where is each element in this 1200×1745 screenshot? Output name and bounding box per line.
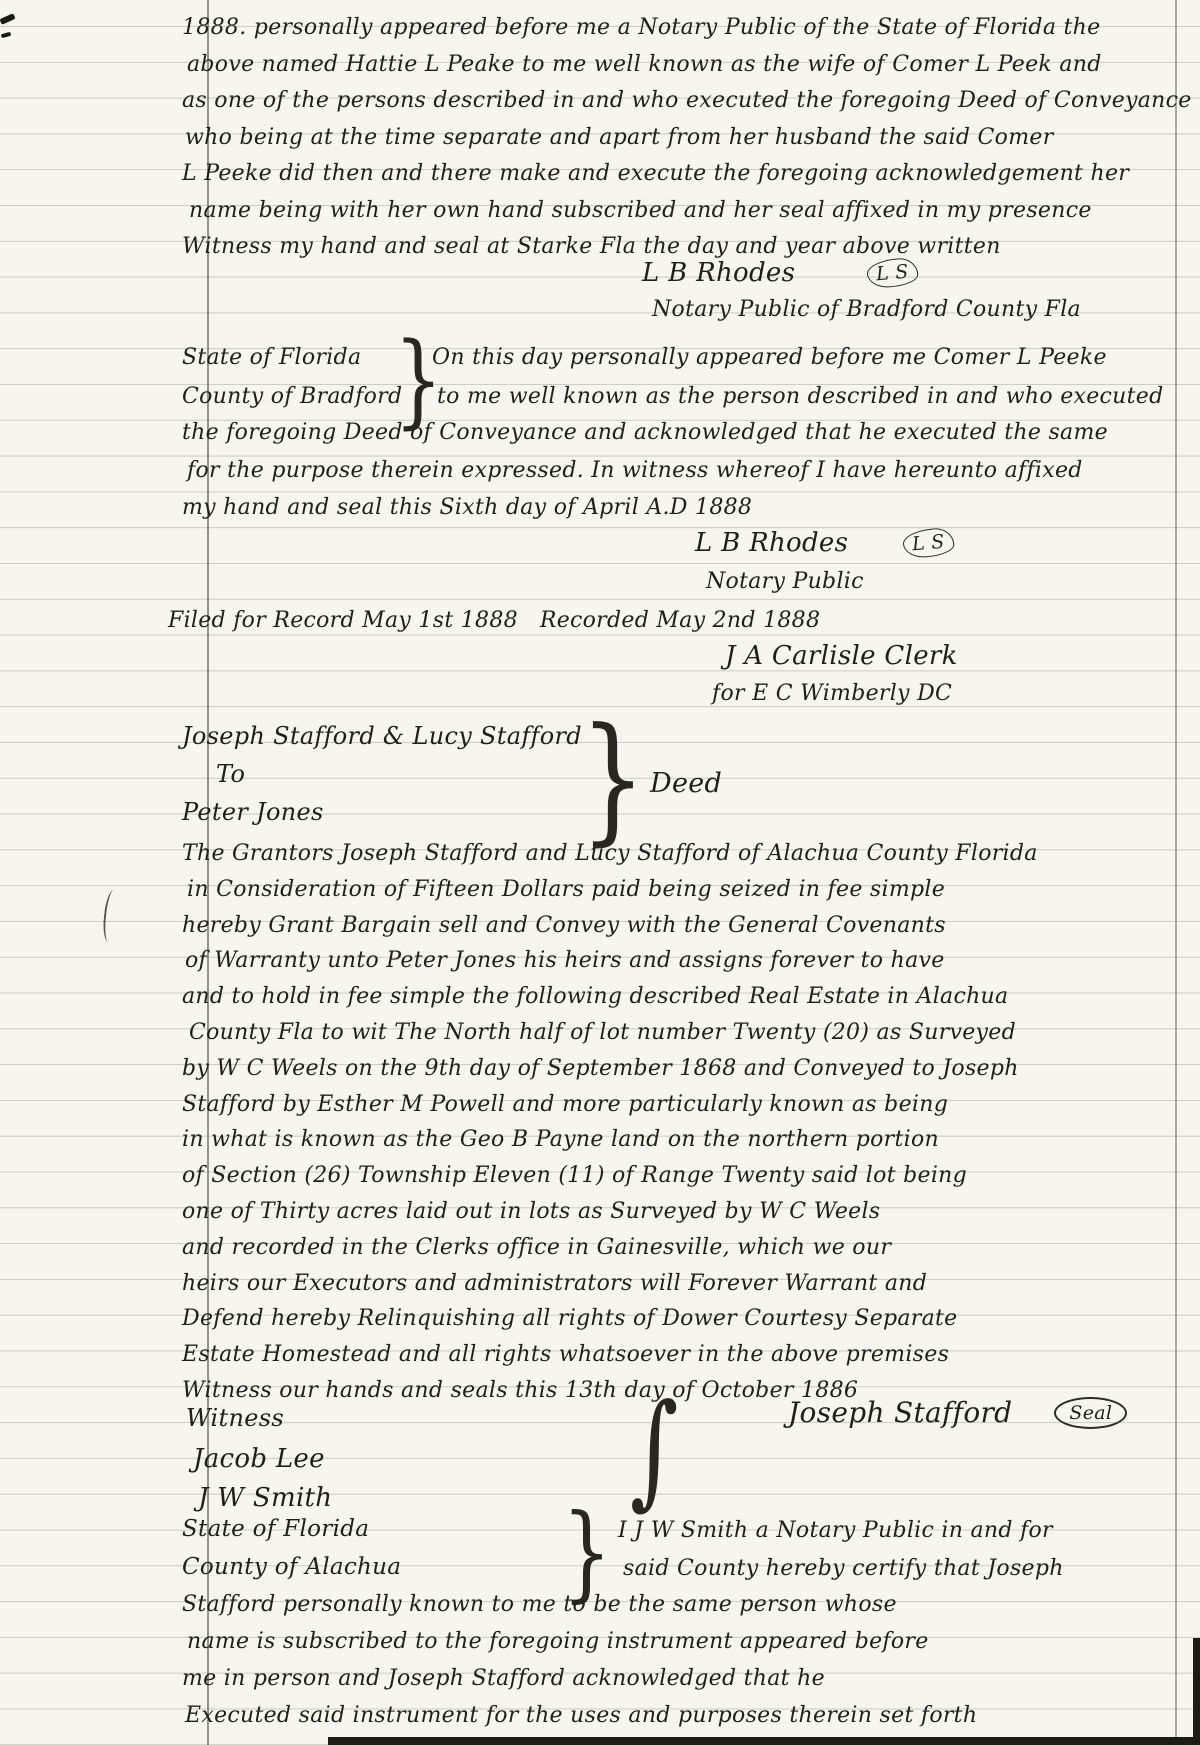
stray-pen-mark <box>101 889 120 942</box>
notary-signature-row: L B Rhodes L S <box>695 528 954 558</box>
venue-state: State of Florida <box>182 1510 401 1548</box>
text-line: who being at the time separate and apart… <box>185 120 1192 157</box>
text-line: 1888. personally appeared before me a No… <box>182 10 1192 47</box>
text-line: and recorded in the Clerks office in Gai… <box>182 1230 1038 1266</box>
acknowledgment-joseph-text: Stafford personally known to me to be th… <box>182 1586 977 1734</box>
filing-record-line: Filed for Record May 1st 1888 Recorded M… <box>168 608 820 633</box>
deputy-clerk-line: for E C Wimberly DC <box>712 681 952 706</box>
text-line: me in person and Joseph Stafford acknowl… <box>182 1660 977 1697</box>
page-edge-shadow-bottom <box>328 1737 1200 1745</box>
witness-brace: ∫ <box>630 1388 678 1512</box>
text-line: the foregoing Deed of Conveyance and ack… <box>182 414 1108 452</box>
text-line: I J W Smith a Notary Public in and for <box>618 1512 1064 1550</box>
witness-names: Jacob LeeJ W Smith <box>193 1440 332 1517</box>
text-line: in what is known as the Geo B Payne land… <box>182 1122 1038 1158</box>
witness-heading: Witness <box>186 1404 284 1432</box>
text-line: heirs our Executors and administrators w… <box>182 1266 1038 1302</box>
page-edge-shadow-right <box>1193 1638 1200 1745</box>
text-line: The Grantors Joseph Stafford and Lucy St… <box>182 836 1038 872</box>
witness-signature: Jacob Lee <box>193 1440 332 1479</box>
text-line: Defend hereby Relinquishing all rights o… <box>182 1301 1038 1337</box>
binding-mark <box>1 32 12 38</box>
text-line: said County hereby certify that Joseph <box>623 1550 1064 1588</box>
text-line: in Consideration of Fifteen Dollars paid… <box>187 872 1038 908</box>
deed-body-text: The Grantors Joseph Stafford and Lucy St… <box>182 836 1038 1409</box>
deed-to-label: To <box>216 760 245 788</box>
text-line: L Peeke did then and there make and exec… <box>182 156 1192 193</box>
deed-party-grantee: Peter Jones <box>182 798 324 826</box>
text-line: name is subscribed to the foregoing inst… <box>187 1623 977 1660</box>
notary-seal-ls: L S <box>902 527 955 559</box>
acknowledgment-joseph-side-text: I J W Smith a Notary Public in and forsa… <box>618 1512 1064 1588</box>
notary-title: Notary Public <box>706 569 864 594</box>
text-line: above named Hattie L Peake to me well kn… <box>187 47 1192 84</box>
text-line: hereby Grant Bargain sell and Convey wit… <box>182 908 1038 944</box>
text-line: Stafford by Esther M Powell and more par… <box>182 1087 1038 1123</box>
text-line: by W C Weels on the 9th day of September… <box>182 1051 1038 1087</box>
text-line: County Fla to wit The North half of lot … <box>189 1015 1038 1051</box>
text-line: of Warranty unto Peter Jones his heirs a… <box>185 943 1038 979</box>
binding-mark <box>0 13 16 25</box>
ledger-page: 1888. personally appeared before me a No… <box>0 0 1200 1745</box>
text-line: my hand and seal this Sixth day of April… <box>182 489 1108 527</box>
text-line: On this day personally appeared before m… <box>432 338 1163 377</box>
notary-signature: L B Rhodes <box>695 528 848 558</box>
text-line: as one of the persons described in and w… <box>182 83 1192 120</box>
notary-title: Notary Public of Bradford County Fla <box>652 297 1081 322</box>
notary-signature-row: L B Rhodes L S <box>642 258 918 288</box>
grantor-signature: Joseph Stafford <box>788 1396 1012 1429</box>
acknowledgment-comer-text: the foregoing Deed of Conveyance and ack… <box>182 414 1108 527</box>
text-line: and to hold in fee simple the following … <box>182 979 1038 1015</box>
text-line: to me well known as the person described… <box>437 377 1163 416</box>
acknowledgment-hattie-text: 1888. personally appeared before me a No… <box>182 10 1192 266</box>
venue-state: State of Florida <box>182 338 402 377</box>
notary-seal-ls: L S <box>866 257 919 289</box>
text-line: Executed said instrument for the uses an… <box>185 1697 977 1734</box>
venue-county: County of Bradford <box>182 377 402 416</box>
acknowledgment-comer-side-text: On this day personally appeared before m… <box>432 338 1163 416</box>
notary-signature: L B Rhodes <box>642 258 795 288</box>
venue-block: State of Florida County of Alachua <box>182 1510 401 1586</box>
deed-party-grantors: Joseph Stafford & Lucy Stafford <box>182 722 582 750</box>
caption-brace: } <box>580 710 646 848</box>
deed-label: Deed <box>650 768 722 799</box>
venue-block: State of Florida County of Bradford <box>182 338 402 416</box>
text-line: Stafford personally known to me to be th… <box>182 1586 977 1623</box>
clerk-signature: J A Carlisle Clerk <box>725 641 958 671</box>
text-line: name being with her own hand subscribed … <box>189 193 1192 230</box>
text-line: for the purpose therein expressed. In wi… <box>187 452 1108 490</box>
grantor-seal: Seal <box>1054 1397 1127 1429</box>
venue-county: County of Alachua <box>182 1548 401 1586</box>
grantor-signature-row: Joseph Stafford Seal <box>788 1396 1127 1429</box>
text-line: one of Thirty acres laid out in lots as … <box>182 1194 1038 1230</box>
text-line: Estate Homestead and all rights whatsoev… <box>182 1337 1038 1373</box>
text-line: of Section (26) Township Eleven (11) of … <box>182 1158 1038 1194</box>
